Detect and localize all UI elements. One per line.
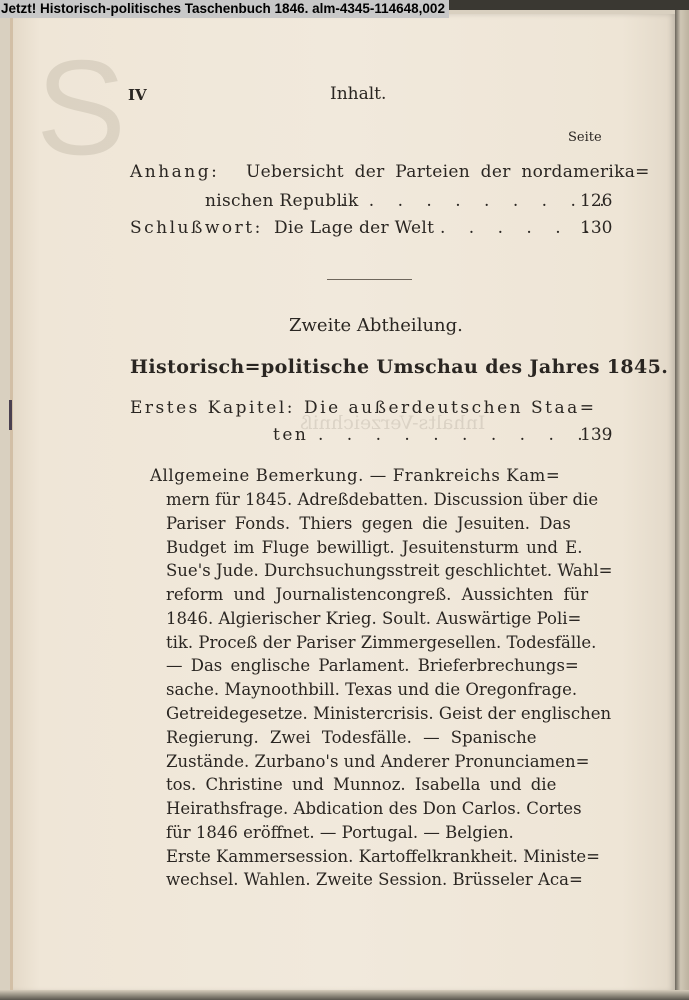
chapter-title: ten — [273, 425, 308, 445]
page-number: IV — [128, 86, 147, 104]
summary-line: Regierung. Zwei Todesfälle. — Spanische — [166, 728, 537, 747]
running-head: Inhalt. — [330, 84, 386, 104]
summary-line: Heirathsfrage. Abdication des Don Carlos… — [166, 799, 582, 818]
toc-leader-dots: . . . . . . . . . . — [340, 191, 614, 211]
section-divider — [327, 279, 412, 280]
toc-leader-dots: . . . . . . . . . . . — [318, 425, 620, 445]
page-gutter — [10, 14, 13, 992]
library-watermark: S — [36, 40, 126, 175]
chapter-title: Die außerdeutschen Staa= — [304, 398, 596, 418]
toc-entry-text: Uebersicht der Parteien der nordamerika= — [246, 162, 650, 182]
summary-line: Getreidegesetze. Ministercrisis. Geist d… — [166, 704, 611, 723]
toc-entry-text: Die Lage der Welt — [274, 218, 434, 238]
window-title: Jetzt! Historisch-politisches Taschenbuc… — [0, 0, 449, 18]
summary-line: für 1846 eröffnet. — Portugal. — Belgien… — [166, 823, 514, 842]
summary-line: — Das englische Parlament. Brieferbrechu… — [166, 656, 579, 675]
summary-line: Zustände. Zurbano's und Anderer Pronunci… — [166, 752, 589, 771]
summary-line: mern für 1845. Adreßdebatten. Discussion… — [166, 490, 598, 509]
toc-leader-dots: . . . . . . — [440, 218, 598, 238]
toc-page-number: 126 — [580, 191, 612, 211]
summary-line: sache. Maynoothbill. Texas und die Orego… — [166, 680, 577, 699]
summary-line: wechsel. Wahlen. Zweite Session. Brüssel… — [166, 870, 583, 889]
page-right-edge — [675, 10, 689, 1000]
section-heading: Historisch=politische Umschau des Jahres… — [130, 356, 668, 378]
toc-page-number: 130 — [580, 218, 612, 238]
summary-line: reform und Journalistencongreß. Aussicht… — [166, 585, 588, 604]
summary-line: Erste Kammersession. Kartoffelkrankheit.… — [166, 847, 600, 866]
toc-entry-label: Anhang: — [130, 162, 219, 182]
margin-mark — [9, 400, 12, 430]
summary-line: Budget im Fluge bewilligt. Jesuitensturm… — [166, 538, 582, 557]
summary-line: Allgemeine Bemerkung. — Frankreichs Kam= — [150, 466, 560, 485]
summary-line: Pariser Fonds. Thiers gegen die Jesuiten… — [166, 514, 571, 533]
summary-line: Sue's Jude. Durchsuchungsstreit geschlic… — [166, 561, 612, 580]
seite-label: Seite — [568, 130, 602, 145]
section-title: Zweite Abtheilung. — [289, 315, 463, 336]
chapter-label: Erstes Kapitel: — [130, 398, 295, 418]
summary-line: tik. Proceß der Pariser Zimmergesellen. … — [166, 633, 596, 652]
toc-entry-text: nischen Republik — [205, 191, 359, 211]
page-bottom-edge — [0, 990, 689, 1000]
summary-line: 1846. Algierischer Krieg. Soult. Auswärt… — [166, 609, 581, 628]
summary-line: tos. Christine und Munnoz. Isabella und … — [166, 775, 556, 794]
toc-entry-label: Schlußwort: — [130, 218, 263, 238]
toc-page-number: 139 — [580, 425, 612, 445]
